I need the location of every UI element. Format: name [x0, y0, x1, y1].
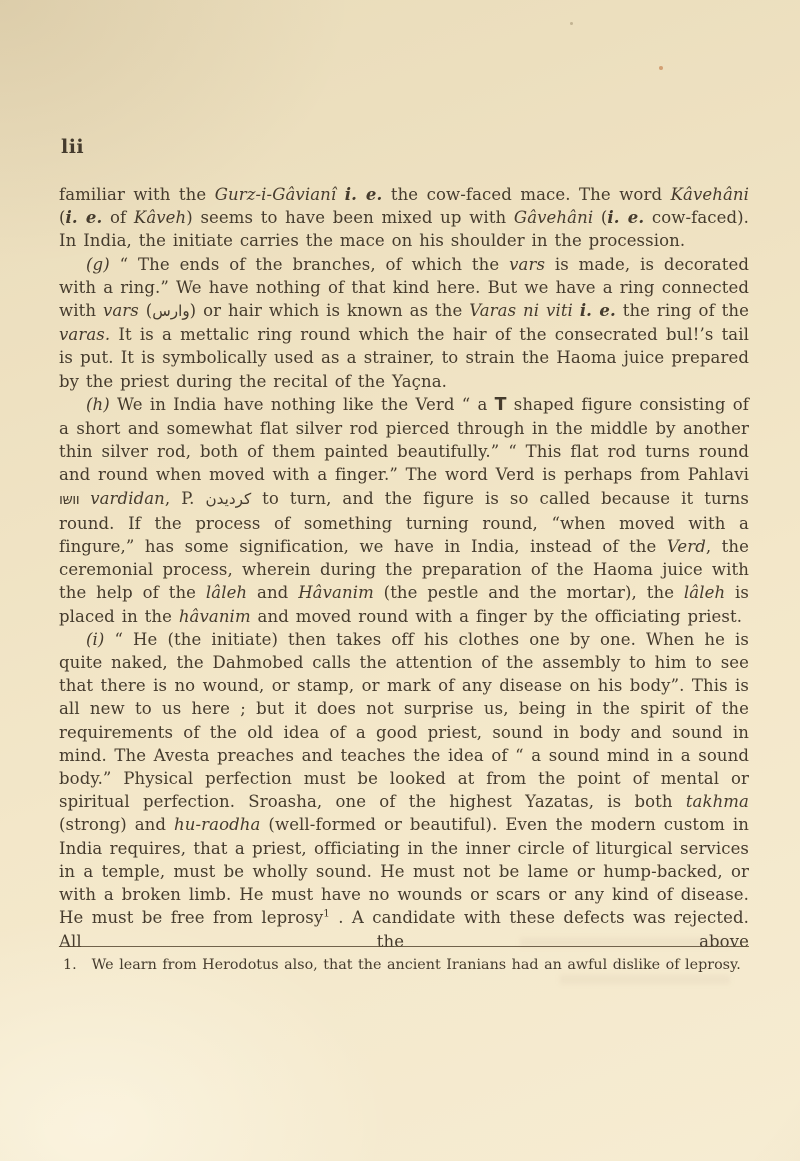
italic-text-segment: vardidan: [90, 489, 165, 508]
ink-bleedthrough-mark: [520, 938, 730, 947]
text-segment: and moved round with a finger by the off…: [251, 607, 742, 626]
text-segment: (the pestle and the mortar), the: [374, 583, 684, 602]
paragraph: (i) “ He (the initiate) then takes off h…: [59, 628, 749, 953]
text-segment: “ The ends of the branches, of which the: [110, 255, 509, 274]
footnote: 1.We learn from Herodotus also, that the…: [63, 956, 749, 975]
italic-text-segment: lâleh: [684, 583, 725, 602]
footnote-text: We learn from Herodotus also, that the a…: [92, 957, 741, 973]
italic-text-segment: varas.: [59, 325, 110, 344]
footnote-marker: 1.: [63, 957, 77, 973]
italic-text-segment: Gâvehâni: [514, 208, 593, 227]
text-segment: (: [593, 208, 607, 227]
footnote-reference: 1: [323, 909, 330, 920]
italic-text-segment: hâvanim: [179, 607, 251, 626]
t-shaped-figure-glyph: T: [495, 395, 507, 415]
text-segment: We in India have nothing like the Verd “…: [110, 395, 495, 414]
italic-text-segment: Kâvehâni: [671, 185, 749, 204]
text-segment: the ring of the: [616, 301, 749, 320]
italic-text-segment: (h): [86, 395, 110, 414]
italic-text-segment: Gurz-i-Gâvianî: [215, 185, 337, 204]
text-segment: and: [247, 583, 298, 602]
text-segment: (strong) and: [59, 815, 174, 834]
italic-text-segment: i. e.: [66, 208, 103, 227]
paragraph: (g) “ The ends of the branches, of which…: [59, 253, 749, 393]
text-segment: of: [102, 208, 134, 227]
italic-text-segment: Verd: [667, 537, 706, 556]
paragraph: (h) We in India have nothing like the Ve…: [59, 393, 749, 628]
text-segment: the cow-faced mace. The word: [382, 185, 670, 204]
paper-speck: [659, 66, 663, 70]
italic-text-segment: i. e.: [607, 208, 644, 227]
italic-text-segment: (g): [86, 255, 110, 274]
ink-bleedthrough-mark: [560, 975, 730, 984]
perso-arabic-script-text: وارس: [152, 302, 189, 320]
italic-text-segment: vars: [509, 255, 545, 274]
italic-text-segment: vars: [103, 301, 139, 320]
italic-text-segment: takhma: [686, 792, 749, 811]
italic-text-segment: Varas ni viti: [469, 301, 573, 320]
italic-text-segment: (i): [86, 630, 104, 649]
text-segment: [573, 301, 580, 320]
paragraph: familiar with the Gurz-i-Gâvianî i. e. t…: [59, 183, 749, 253]
text-segment: familiar with the: [59, 185, 215, 204]
text-segment: [79, 489, 90, 508]
pahlavi-script-text: וושּו: [59, 492, 79, 508]
text-segment: , P.: [165, 489, 206, 508]
italic-text-segment: Kâveh: [134, 208, 186, 227]
text-segment: It is a mettalic ring round which the ha…: [59, 325, 749, 390]
italic-text-segment: lâleh: [206, 583, 247, 602]
italic-text-segment: i. e.: [580, 301, 616, 320]
italic-text-segment: i. e.: [345, 185, 383, 204]
text-segment: [336, 185, 344, 204]
text-segment: “ He (the initiate) then takes off his c…: [59, 630, 749, 811]
perso-arabic-script-text: كرديدن: [206, 490, 252, 508]
italic-text-segment: hu-raodha: [174, 815, 260, 834]
paper-speck: [570, 22, 573, 25]
text-segment: ) or hair which is known as the: [190, 301, 470, 320]
text-block: familiar with the Gurz-i-Gâvianî i. e. t…: [59, 183, 749, 953]
text-segment: ) seems to have been mixed up with: [186, 208, 514, 227]
page-number: lii: [61, 136, 84, 158]
text-segment: (: [139, 301, 152, 320]
italic-text-segment: Hâvanim: [298, 583, 374, 602]
scanned-book-page: lii familiar with the Gurz-i-Gâvianî i. …: [0, 0, 800, 1161]
